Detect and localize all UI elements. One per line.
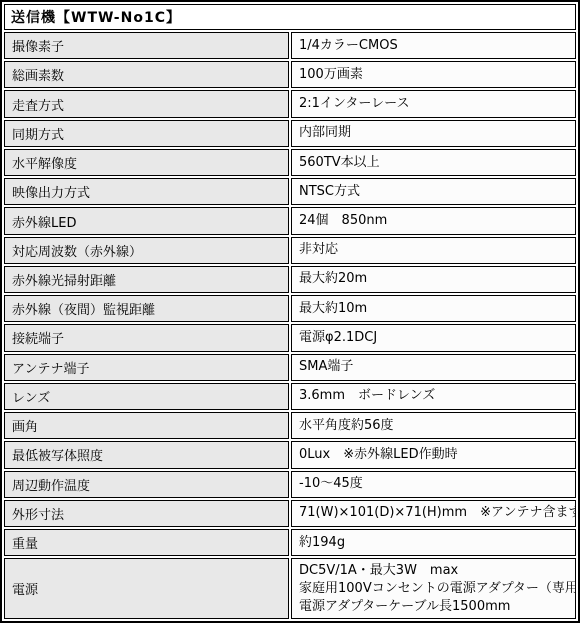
spec-value: DC5V/1A・最大3W max家庭用100Vコンセントの電源アダプター（専用）… (291, 558, 576, 619)
spec-label: 接続端子 (4, 324, 289, 351)
table-row: 周辺動作温度 -10～45度 (4, 471, 576, 498)
spec-label: 総画素数 (4, 61, 289, 88)
spec-value: SMA端子 (291, 354, 576, 381)
spec-value-line: 水平角度約56度 (299, 417, 568, 435)
table-row: 最低被写体照度 0Lux ※赤外線LED作動時 (4, 441, 576, 468)
spec-value-line: DC5V/1A・最大3W max (299, 562, 568, 580)
table-row: アンテナ端子 SMA端子 (4, 354, 576, 381)
spec-value: 約194g (291, 529, 576, 556)
spec-label: 重量 (4, 529, 289, 556)
spec-value-line: 3.6mm ボードレンズ (299, 387, 568, 405)
spec-label: 外形寸法 (4, 500, 289, 527)
spec-value: 最大約10m (291, 295, 576, 322)
table-row: 赤外線（夜間）監視距離 最大約10m (4, 295, 576, 322)
spec-label: 画角 (4, 412, 289, 439)
spec-label: 赤外線光掃射距離 (4, 266, 289, 293)
table-row: 撮像素子 1/4カラーCMOS (4, 32, 576, 59)
spec-label: 周辺動作温度 (4, 471, 289, 498)
spec-value-line: 家庭用100Vコンセントの電源アダプター（専用）が付属します (299, 580, 568, 598)
spec-value: 71(W)×101(D)×71(H)mm ※アンテナ含まず (291, 500, 576, 527)
spec-value: 1/4カラーCMOS (291, 32, 576, 59)
spec-page: 送信機【WTW-No1C】 撮像素子 1/4カラーCMOS 総画素数 100万画… (0, 0, 580, 623)
spec-value: -10～45度 (291, 471, 576, 498)
table-row: 水平解像度 560TV本以上 (4, 149, 576, 176)
spec-value: 非対応 (291, 237, 576, 264)
spec-table-body: 撮像素子 1/4カラーCMOS 総画素数 100万画素 走査方式 2:1インター… (4, 32, 576, 619)
table-row: 接続端子 電源φ2.1DCJ (4, 324, 576, 351)
spec-value: 水平角度約56度 (291, 412, 576, 439)
spec-value: 最大約20m (291, 266, 576, 293)
spec-table: 送信機【WTW-No1C】 撮像素子 1/4カラーCMOS 総画素数 100万画… (0, 0, 580, 623)
spec-value-line: 最大約20m (299, 270, 568, 288)
spec-label: 対応周波数（赤外線） (4, 237, 289, 264)
spec-value-line: 内部同期 (299, 124, 568, 142)
spec-label: 走査方式 (4, 90, 289, 117)
spec-value-line: 71(W)×101(D)×71(H)mm ※アンテナ含まず (299, 504, 568, 522)
spec-label: 映像出力方式 (4, 178, 289, 205)
spec-value: 内部同期 (291, 120, 576, 147)
spec-value-line: 2:1インターレース (299, 95, 568, 113)
table-row: レンズ 3.6mm ボードレンズ (4, 383, 576, 410)
spec-label: 最低被写体照度 (4, 441, 289, 468)
spec-label: 赤外線（夜間）監視距離 (4, 295, 289, 322)
spec-label: 電源 (4, 558, 289, 619)
spec-value-line: 100万画素 (299, 66, 568, 84)
table-row: 外形寸法 71(W)×101(D)×71(H)mm ※アンテナ含まず (4, 500, 576, 527)
spec-label: レンズ (4, 383, 289, 410)
page-title: 送信機【WTW-No1C】 (4, 4, 576, 30)
spec-value: 100万画素 (291, 61, 576, 88)
table-row: 電源 DC5V/1A・最大3W max家庭用100Vコンセントの電源アダプター（… (4, 558, 576, 619)
spec-value-line: NTSC方式 (299, 183, 568, 201)
spec-label: 同期方式 (4, 120, 289, 147)
spec-value-line: 0Lux ※赤外線LED作動時 (299, 446, 568, 464)
spec-label: 水平解像度 (4, 149, 289, 176)
spec-value: 560TV本以上 (291, 149, 576, 176)
spec-value-line: 約194g (299, 534, 568, 552)
spec-value-line: -10～45度 (299, 475, 568, 493)
spec-value: 24個 850nm (291, 207, 576, 234)
table-row: 重量 約194g (4, 529, 576, 556)
table-row: 赤外線LED 24個 850nm (4, 207, 576, 234)
spec-value: 3.6mm ボードレンズ (291, 383, 576, 410)
spec-value: NTSC方式 (291, 178, 576, 205)
spec-label: 赤外線LED (4, 207, 289, 234)
table-row: 走査方式 2:1インターレース (4, 90, 576, 117)
spec-value-line: 電源アダプターケーブル長1500mm (299, 598, 568, 616)
table-row: 赤外線光掃射距離 最大約20m (4, 266, 576, 293)
header-row: 送信機【WTW-No1C】 (4, 4, 576, 30)
spec-value-line: 560TV本以上 (299, 154, 568, 172)
spec-table-head: 送信機【WTW-No1C】 (4, 4, 576, 30)
spec-label: アンテナ端子 (4, 354, 289, 381)
spec-value-line: 電源φ2.1DCJ (299, 329, 568, 347)
spec-value-line: 最大約10m (299, 300, 568, 318)
spec-value-line: 非対応 (299, 241, 568, 259)
table-row: 同期方式 内部同期 (4, 120, 576, 147)
table-row: 総画素数 100万画素 (4, 61, 576, 88)
spec-value: 電源φ2.1DCJ (291, 324, 576, 351)
spec-value-line: 24個 850nm (299, 212, 568, 230)
spec-value-line: 1/4カラーCMOS (299, 37, 568, 55)
spec-value: 2:1インターレース (291, 90, 576, 117)
spec-value-line: SMA端子 (299, 358, 568, 376)
spec-value: 0Lux ※赤外線LED作動時 (291, 441, 576, 468)
table-row: 画角 水平角度約56度 (4, 412, 576, 439)
spec-label: 撮像素子 (4, 32, 289, 59)
table-row: 映像出力方式 NTSC方式 (4, 178, 576, 205)
table-row: 対応周波数（赤外線） 非対応 (4, 237, 576, 264)
